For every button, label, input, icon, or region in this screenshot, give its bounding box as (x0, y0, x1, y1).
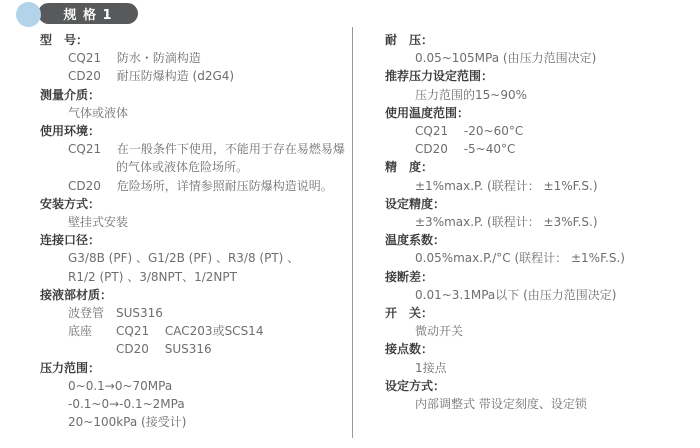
spec-line: 20~100kPa (接受计) (40, 413, 350, 431)
spec-line: ±3%max.P. (联程计： ±3%F.S.) (385, 213, 690, 231)
spec-line: 1接点 (385, 359, 690, 377)
spec-section-heading: 型 号： (40, 31, 350, 49)
spec-line: CQ21 -20~60°C (385, 122, 690, 140)
spec-line: ±1%max.P. (联程计： ±1%F.S.) (385, 177, 690, 195)
spec-line: 壁挂式安装 (40, 213, 350, 231)
spec-line: CQ21 防水・防滴构造 (40, 49, 350, 67)
spec-section-heading: 接点数： (385, 340, 690, 358)
spec-section-heading: 开 关： (385, 304, 690, 322)
section-title-badge: 规 格 1 (38, 3, 138, 24)
spec-section-heading: 连接口径： (40, 231, 350, 249)
spec-line: CD20 -5~40°C (385, 140, 690, 158)
spec-section-heading: 温度系数： (385, 231, 690, 249)
spec-line: 内部调整式 带设定刻度、设定锁 (385, 395, 690, 413)
section-title: 规 格 1 (63, 4, 112, 23)
spec-section-heading: 耐 压： (385, 31, 690, 49)
column-divider (352, 27, 353, 438)
spec-section-heading: 使用温度范围： (385, 104, 690, 122)
spec-line: 底座 CQ21 CAC203或SCS14 (40, 322, 350, 340)
spec-line: R1/2 (PT) 、3/8NPT、1/2NPT (40, 268, 350, 286)
spec-line: 0.05~105MPa (由压力范围决定) (385, 49, 690, 67)
spec-line: 0.05%max.P./°C (联程计： ±1%F.S.) (385, 249, 690, 267)
spec-column-right: 耐 压：0.05~105MPa (由压力范围决定)推荐压力设定范围：压力范围的1… (385, 31, 690, 413)
bullet-circle-icon (16, 2, 41, 27)
spec-section-heading: 压力范围： (40, 359, 350, 377)
spec-section-heading: 推荐压力设定范围： (385, 67, 690, 85)
spec-line: CD20 危险场所，详情参照耐压防爆构造说明。 (40, 177, 350, 195)
spec-line: 波登管 SUS316 (40, 304, 350, 322)
spec-line: 0.01~3.1MPa以下 (由压力范围决定) (385, 286, 690, 304)
spec-section-heading: 接液部材质： (40, 286, 350, 304)
spec-page: 规 格 1 型 号：CQ21 防水・防滴构造CD20 耐压防爆构造 (d2G4)… (0, 0, 700, 448)
spec-section-heading: 测量介质： (40, 86, 350, 104)
spec-line: CD20 耐压防爆构造 (d2G4) (40, 67, 350, 85)
spec-section-heading: 接断差： (385, 268, 690, 286)
spec-line: 的气体或液体危险场所。 (40, 158, 350, 176)
spec-section-heading: 设定方式： (385, 377, 690, 395)
spec-column-left: 型 号：CQ21 防水・防滴构造CD20 耐压防爆构造 (d2G4)测量介质：气… (40, 31, 350, 431)
spec-line: CQ21 在一般条件下使用，不能用于存在易燃易爆 (40, 140, 350, 158)
spec-line: 微动开关 (385, 322, 690, 340)
spec-section-heading: 使用环境： (40, 122, 350, 140)
spec-line: 0~0.1→0~70MPa (40, 377, 350, 395)
spec-line: CD20 SUS316 (40, 340, 350, 358)
spec-line: 压力范围的15~90% (385, 86, 690, 104)
spec-line: 气体或液体 (40, 104, 350, 122)
spec-section-heading: 精 度： (385, 158, 690, 176)
spec-section-heading: 安装方式： (40, 195, 350, 213)
spec-line: -0.1~0→-0.1~2MPa (40, 395, 350, 413)
spec-section-heading: 设定精度： (385, 195, 690, 213)
spec-line: G3/8B (PF) 、G1/2B (PF) 、R3/8 (PT) 、 (40, 249, 350, 267)
